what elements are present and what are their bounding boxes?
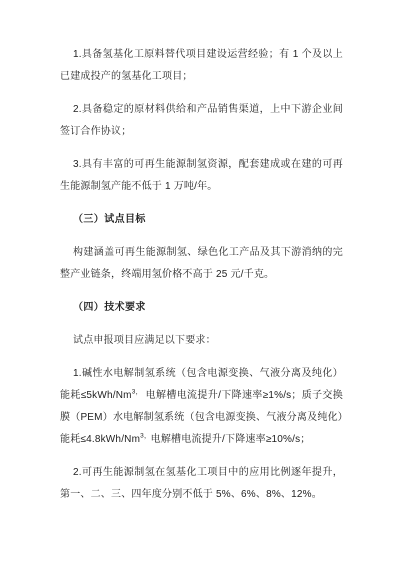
paragraph: 试点申报项目应满足以下要求： bbox=[60, 330, 343, 352]
text-run: 2.可再生能源制氢在氢基化工项目中的应用比例逐年提升，第一、二、三、四年度分别不… bbox=[60, 467, 343, 500]
text-run: 1.具备氢基化工原料替代项目建设运营经验；有 1 个及以上已建成投产的氢基化工项… bbox=[60, 49, 343, 82]
text-run: （三）试点目标 bbox=[73, 214, 146, 225]
document-page: 1.具备氢基化工原料替代项目建设运营经验；有 1 个及以上已建成投产的氢基化工项… bbox=[0, 0, 400, 565]
text-run: 3.具有丰富的可再生能源制氢资源，配套建成或在建的可再生能源制氢产能不低于 1 … bbox=[60, 159, 343, 192]
text-run: 电解槽电流提升/下降速率≥10%/s； bbox=[151, 434, 311, 445]
paragraph: 3.具有丰富的可再生能源制氢资源，配套建成或在建的可再生能源制氢产能不低于 1 … bbox=[60, 154, 343, 198]
superscript-text: 3， bbox=[140, 433, 151, 440]
text-run: 构建涵盖可再生能源制氢、绿色化工产品及其下游消纳的完整产业链条，终端用氢价格不高… bbox=[60, 247, 343, 280]
text-run: 试点申报项目应满足以下要求： bbox=[73, 335, 216, 346]
paragraph: 1.碱性水电解制氢系统（包含电源变换、气液分离及纯化）能耗≤5kWh/Nm3， … bbox=[60, 363, 343, 451]
paragraph: 2.具备稳定的原材料供给和产品销售渠道，上中下游企业间签订合作协议； bbox=[60, 99, 343, 143]
section-heading: （三）试点目标 bbox=[60, 209, 343, 231]
paragraph: 2.可再生能源制氢在氢基化工项目中的应用比例逐年提升，第一、二、三、四年度分别不… bbox=[60, 462, 343, 506]
superscript-text: 3， bbox=[132, 389, 143, 396]
text-run: 2.具备稳定的原材料供给和产品销售渠道，上中下游企业间签订合作协议； bbox=[60, 104, 343, 137]
paragraph: 1.具备氢基化工原料替代项目建设运营经验；有 1 个及以上已建成投产的氢基化工项… bbox=[60, 44, 343, 88]
section-heading: （四）技术要求 bbox=[60, 297, 343, 319]
document-body: 1.具备氢基化工原料替代项目建设运营经验；有 1 个及以上已建成投产的氢基化工项… bbox=[60, 44, 343, 506]
text-run: （四）技术要求 bbox=[73, 302, 146, 313]
paragraph: 构建涵盖可再生能源制氢、绿色化工产品及其下游消纳的完整产业链条，终端用氢价格不高… bbox=[60, 242, 343, 286]
